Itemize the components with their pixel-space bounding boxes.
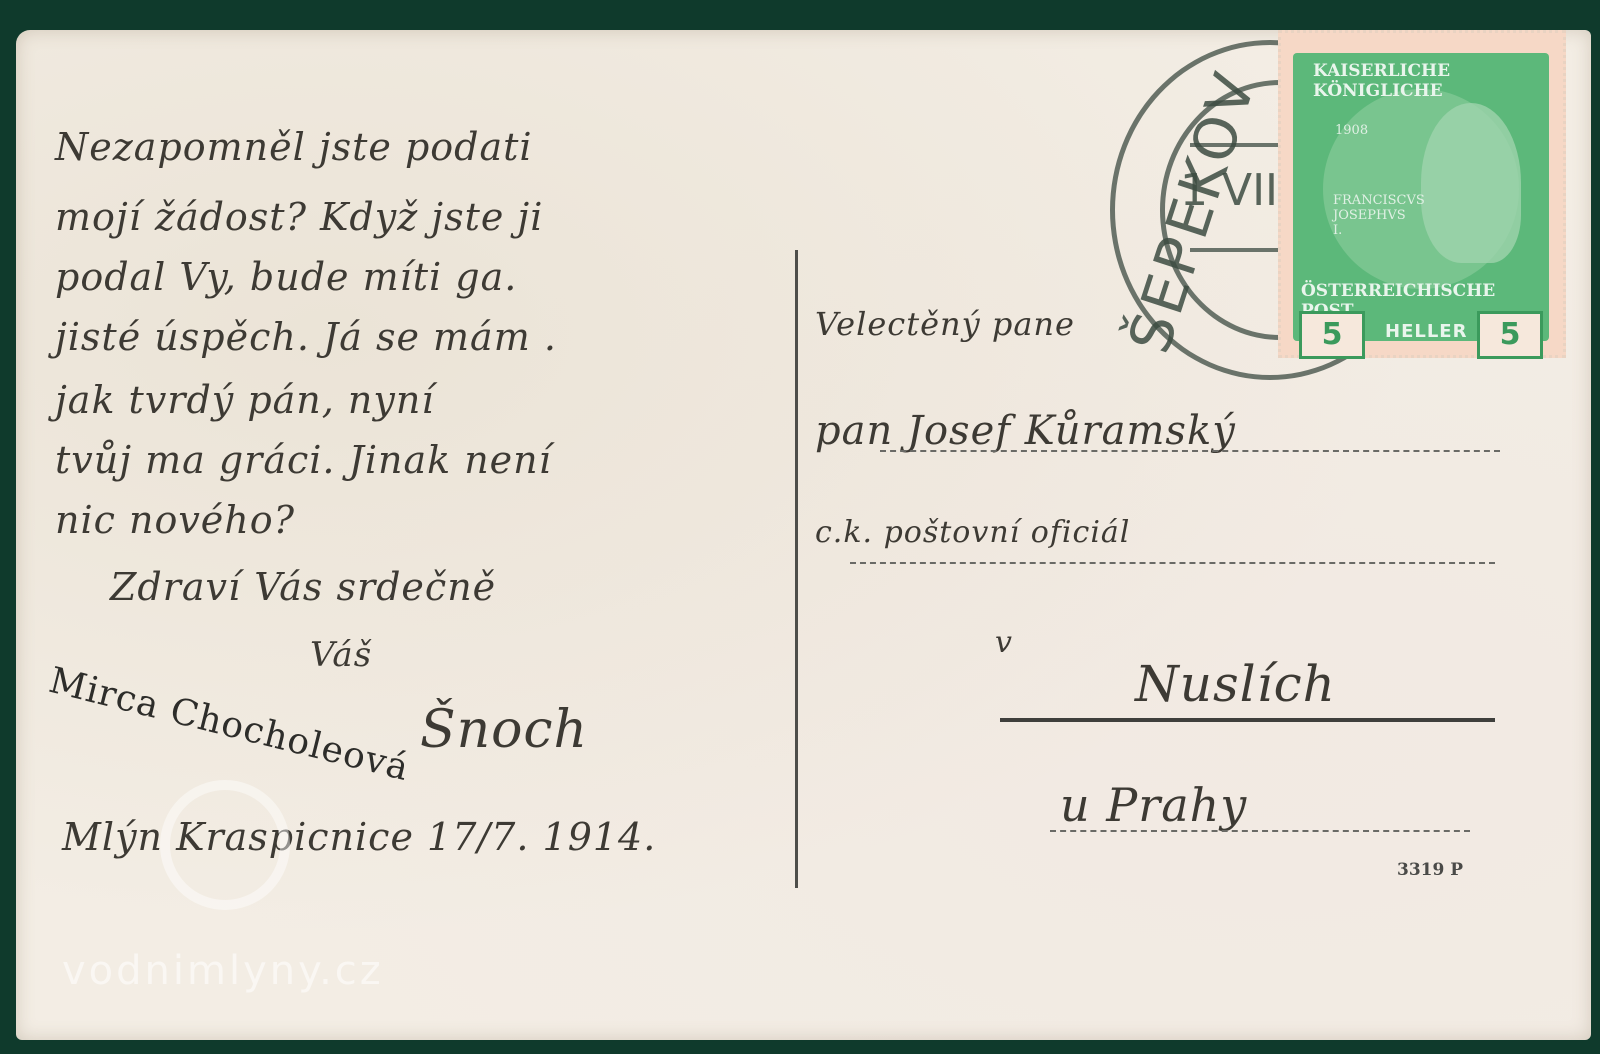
emperor-portrait-icon: [1421, 103, 1521, 263]
stamp-body: KAISERLICHE KÖNIGLICHE ÖSTERREICHISCHE P…: [1293, 53, 1549, 341]
message-line-2: mojí žádost? Když jste ji: [55, 195, 543, 239]
postage-stamp: KAISERLICHE KÖNIGLICHE ÖSTERREICHISCHE P…: [1278, 30, 1566, 358]
message-line-3: podal Vy, bude míti ga.: [55, 255, 517, 299]
signature: Šnoch: [420, 700, 588, 760]
postmark-date: 1 VII: [1180, 165, 1278, 216]
address-place-prefix: v: [995, 625, 1013, 660]
address-line-4: [1050, 830, 1470, 832]
watermark-text: vodnimlyny.cz: [62, 948, 384, 994]
stamp-value-left: 5: [1299, 311, 1365, 359]
message-line-4: jisté úspěch. Já se mám .: [55, 315, 557, 359]
address-line-3: [1000, 718, 1495, 722]
stamp-value-right: 5: [1477, 311, 1543, 359]
catalog-number: 3319 P: [1397, 860, 1463, 880]
message-line-7: nic nového?: [55, 498, 295, 542]
message-greeting: Zdraví Vás srdečně: [110, 565, 496, 609]
stamp-top-text: KAISERLICHE KÖNIGLICHE: [1313, 61, 1549, 101]
address-city: u Prahy: [1060, 778, 1247, 832]
stamp-denomination: HELLER: [1385, 321, 1467, 342]
watermark-wheel-icon: [160, 780, 290, 910]
message-line-6: tvůj ma gráci. Jinak není: [55, 438, 552, 482]
place-date: Mlýn Kraspicnice 17/7. 1914.: [62, 815, 656, 859]
message-line-5: jak tvrdý pán, nyní: [55, 378, 435, 422]
address-line-2: [850, 562, 1495, 564]
address-line-1: [880, 450, 1500, 452]
address-name: pan Josef Kůramský: [815, 408, 1236, 454]
address-salutation: Velectěný pane: [815, 305, 1075, 343]
message-closing: Váš: [310, 635, 372, 675]
message-line-1: Nezapomněl jste podati: [55, 125, 533, 169]
address-title: c.k. poštovní oficiál: [815, 515, 1130, 550]
stamp-year: 1908: [1335, 123, 1368, 138]
address-place: Nuslích: [1135, 655, 1336, 713]
postcard-divider: [795, 250, 798, 888]
stamp-portrait-caption: FRANCISCVS JOSEPHVS I.: [1333, 193, 1403, 238]
